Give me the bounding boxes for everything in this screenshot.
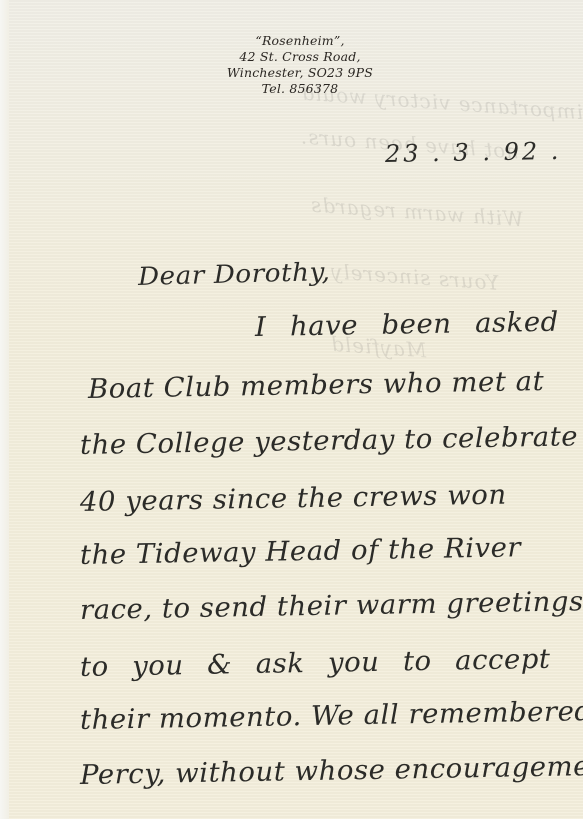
body-line: Boat Club members who met at — [88, 366, 545, 405]
body-line: 40 years since the crews won — [80, 480, 507, 518]
letter-date: 23 . 3 . 92 . — [385, 137, 562, 168]
letterhead-city-postcode: Winchester, SO23 9PS — [200, 65, 400, 81]
body-line: to you & ask you to accept — [80, 644, 551, 683]
letterhead-telephone: Tel. 856378 — [200, 81, 400, 97]
body-line: their momento. We all remembered — [80, 696, 583, 736]
body-line: race, to send their warm greetings — [80, 586, 583, 626]
bleed-through-line: With warm regards — [309, 193, 524, 232]
scan-margin — [0, 0, 9, 819]
letterhead: “Rosenheim”, 42 St. Cross Road, Winchest… — [200, 33, 400, 97]
body-line: Percy, without whose encouragement — [80, 751, 583, 791]
letterhead-house-name: “Rosenheim”, — [200, 33, 400, 49]
bleed-through-line: Yours sincerely — [329, 259, 500, 295]
body-line: I have been asked by — [255, 306, 583, 343]
letter-page: and importance victory would not have be… — [0, 0, 583, 819]
letterhead-street: 42 St. Cross Road, — [200, 49, 400, 65]
salutation: Dear Dorothy, — [138, 257, 331, 291]
body-line: the Tideway Head of the River — [80, 532, 522, 571]
body-line: the College yesterday to celebrate — [80, 421, 579, 461]
